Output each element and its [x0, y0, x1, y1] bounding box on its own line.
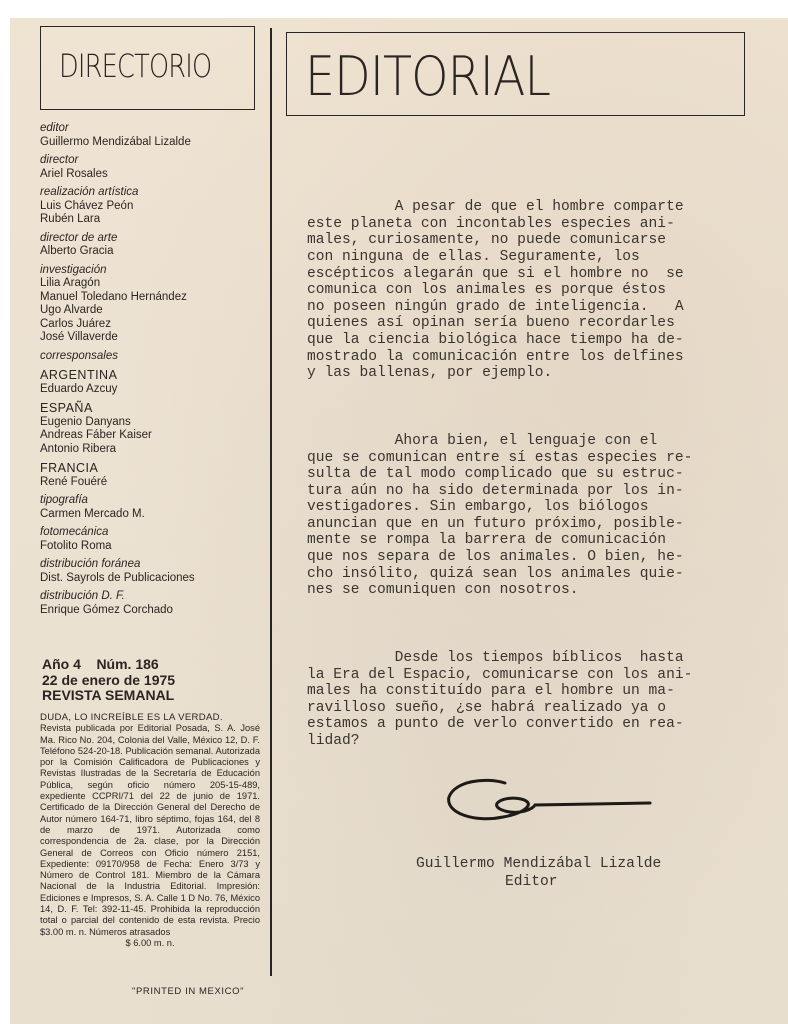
signature-name: Guillermo Mendizábal Lizalde: [416, 856, 716, 872]
issue-date: 22 de enero de 1975: [42, 673, 267, 689]
staff-name: Andreas Fáber Kaiser: [40, 429, 268, 443]
back-issue-price: $ 6.00 m. n.: [40, 938, 260, 949]
magazine-motto: DUDA, LO INCREÍBLE ES LA VERDAD.: [40, 712, 260, 723]
correspondent-country: ESPAÑA: [40, 402, 268, 416]
staff-role: investigación: [40, 264, 268, 278]
directory-title-box: DIRECTORIO: [40, 26, 255, 110]
staff-role: director: [40, 154, 268, 168]
publication-type: REVISTA SEMANAL: [42, 688, 267, 704]
staff-list: editorGuillermo Mendizábal Lizaldedirect…: [40, 122, 268, 617]
staff-role: distribución foránea: [40, 558, 268, 572]
staff-name: Rubén Lara: [40, 213, 268, 227]
staff-name: Ariel Rosales: [40, 168, 268, 182]
correspondent-country: ARGENTINA: [40, 369, 268, 383]
directory-title: DIRECTORIO: [59, 47, 211, 85]
staff-role: editor: [40, 122, 268, 136]
staff-role: director de arte: [40, 232, 268, 246]
legal-text: Revista publicada por Editorial Posada, …: [40, 723, 260, 936]
editorial-title-box: EDITORIAL: [286, 32, 745, 116]
staff-name: Alberto Gracia: [40, 245, 268, 259]
staff-name: Carlos Juárez: [40, 318, 268, 332]
column-divider: [270, 28, 272, 976]
staff-name: Guillermo Mendizábal Lizalde: [40, 136, 268, 150]
issue-number: Año 4 Núm. 186: [42, 657, 267, 673]
staff-name: Luis Chávez Peón: [40, 200, 268, 214]
signature-role: Editor: [505, 874, 605, 890]
editorial-title: EDITORIAL: [305, 45, 550, 108]
staff-role: realización artística: [40, 186, 268, 200]
legal-notice: DUDA, LO INCREÍBLE ES LA VERDAD. Revista…: [40, 712, 260, 949]
staff-role: fotomecánica: [40, 526, 268, 540]
editorial-paragraph: Ahora bien, el lenguaje con el que se co…: [307, 433, 739, 599]
staff-name: Eduardo Azcuy: [40, 383, 268, 397]
staff-name: Fotolito Roma: [40, 540, 268, 554]
issue-info: Año 4 Núm. 186 22 de enero de 1975 REVIS…: [42, 657, 267, 704]
staff-name: Manuel Toledano Hernández: [40, 291, 268, 305]
staff-name: Antonio Ribera: [40, 443, 268, 457]
staff-name: Dist. Sayrols de Publicaciones: [40, 572, 268, 586]
editorial-paragraph: A pesar de que el hombre comparte este p…: [307, 199, 739, 382]
printed-in-mexico: "PRINTED IN MEXICO": [132, 986, 272, 997]
staff-role: corresponsales: [40, 350, 268, 364]
staff-role: distribución D. F.: [40, 590, 268, 604]
staff-name: Carmen Mercado M.: [40, 508, 268, 522]
signature-scribble: [445, 775, 655, 830]
staff-name: Lilia Aragón: [40, 277, 268, 291]
editorial-body: A pesar de que el hombre comparte este p…: [307, 166, 739, 784]
correspondent-country: FRANCIA: [40, 462, 268, 476]
staff-name: René Fouéré: [40, 476, 268, 490]
staff-name: Eugenio Danyans: [40, 416, 268, 430]
staff-name: José Villaverde: [40, 331, 268, 345]
staff-name: Ugo Alvarde: [40, 304, 268, 318]
staff-role: tipografía: [40, 494, 268, 508]
staff-name: Enrique Gómez Corchado: [40, 604, 268, 618]
editorial-paragraph: Desde los tiempos bíblicos hasta la Era …: [307, 650, 739, 750]
